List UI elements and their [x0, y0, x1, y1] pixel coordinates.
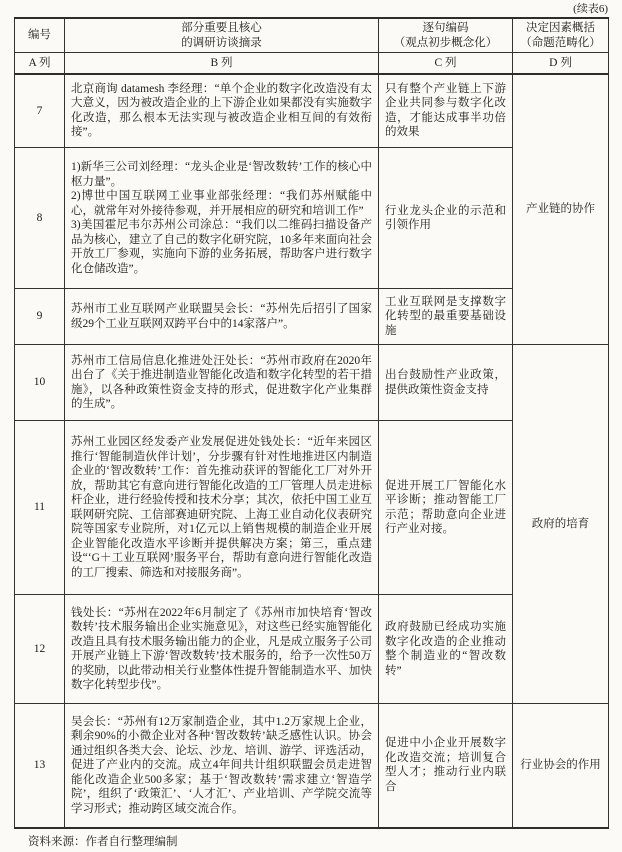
header-col-factor-line2: （命题范畴化）	[516, 36, 605, 51]
header-col-number-label: 编号	[18, 28, 61, 43]
header-letter-d: D 列	[513, 53, 609, 74]
row-number: 12	[15, 595, 65, 704]
table-row: 10 苏州市工信局信息化推进处汪处长：“苏州市政府在2020年出台了《关于推进制…	[15, 345, 609, 421]
interview-excerpt: 苏州市工信局信息化推进处汪处长：“苏州市政府在2020年出台了《关于推进制造业智…	[65, 345, 379, 421]
coding-concept: 政府鼓励已经成功实施数字化改造的企业推动整个制造业的“智改数转”	[379, 595, 513, 704]
interview-excerpt: 北京商询 datamesh 李经理：“单个企业的数字化改造没有太大意义，因为被改…	[65, 74, 379, 148]
header-col-excerpt-line1: 部分重要且核心	[68, 21, 375, 36]
header-col-factor: 决定因素概括 （命题范畴化）	[513, 18, 609, 53]
coding-table: 编号 部分重要且核心 的调研访谈摘录 逐句编码 （观点初步概念化） 决定因素概括…	[14, 17, 609, 829]
row-number: 13	[15, 704, 65, 828]
interview-excerpt: 钱处长：“苏州在2022年6月制定了《苏州市加快培育‘智改数转’技术服务输出企业…	[65, 595, 379, 704]
table-row: 13 吴会长：“苏州有12万家制造企业，其中1.2万家规上企业，剩余90%的小微…	[15, 704, 609, 828]
coding-concept: 只有整个产业链上下游企业共同参与数字化改造，才能达成事半功倍的效果	[379, 74, 513, 148]
row-number: 8	[15, 148, 65, 289]
row-number: 11	[15, 421, 65, 595]
row-number: 9	[15, 289, 65, 345]
header-row-descriptions: 编号 部分重要且核心 的调研访谈摘录 逐句编码 （观点初步概念化） 决定因素概括…	[15, 18, 609, 53]
coding-concept: 行业龙头企业的示范和引领作用	[379, 148, 513, 289]
header-col-coding: 逐句编码 （观点初步概念化）	[379, 18, 513, 53]
factor-category: 行业协会的作用	[513, 704, 609, 828]
source-note: 资料来源：作者自行整理编制	[14, 835, 608, 849]
header-letter-c: C 列	[379, 53, 513, 74]
interview-excerpt: 1)新华三公司刘经理：“龙头企业是‘智改数转’工作的核心中枢力量”。 2)博世中…	[65, 148, 379, 289]
header-col-excerpt: 部分重要且核心 的调研访谈摘录	[65, 18, 379, 53]
header-col-factor-line1: 决定因素概括	[516, 21, 605, 36]
factor-category: 产业链的协作	[513, 74, 609, 345]
header-letter-a: A 列	[15, 53, 65, 74]
table-row: 7 北京商询 datamesh 李经理：“单个企业的数字化改造没有太大意义，因为…	[15, 74, 609, 148]
header-row-letters: A 列 B 列 C 列 D 列	[15, 53, 609, 74]
table-continued-label: (续表6)	[14, 2, 608, 17]
header-letter-b: B 列	[65, 53, 379, 74]
interview-excerpt: 吴会长：“苏州有12万家制造企业，其中1.2万家规上企业，剩余90%的小微企业对…	[65, 704, 379, 828]
coding-concept: 工业互联网是支撑数字化转型的最重要基础设施	[379, 289, 513, 345]
row-number: 7	[15, 74, 65, 148]
header-col-excerpt-line2: 的调研访谈摘录	[68, 36, 375, 51]
interview-excerpt: 苏州工业园区经发委产业发展促进处钱处长：“近年来园区推行‘智能制造伙伴计划’，分…	[65, 421, 379, 595]
header-col-number: 编号	[15, 18, 65, 53]
scanned-paper-page: (续表6) 编号 部分重要且核心 的调研访谈摘录 逐句编码 （观点初步概念化） …	[0, 0, 622, 852]
coding-concept: 促进中小企业开展数字化改造交流；培训复合型人才；推动行业内联合	[379, 704, 513, 828]
factor-category: 政府的培育	[513, 345, 609, 704]
header-col-coding-line1: 逐句编码	[382, 21, 509, 36]
row-number: 10	[15, 345, 65, 421]
header-col-coding-line2: （观点初步概念化）	[382, 36, 509, 51]
coding-concept: 促进开展工厂智能化水平诊断；推动智能工厂示范；帮助意向企业进行产业对接。	[379, 421, 513, 595]
interview-excerpt: 苏州市工业互联网产业联盟吴会长：“苏州先后招引了国家级29个工业互联网双跨平台中…	[65, 289, 379, 345]
coding-concept: 出台鼓励性产业政策，提供政策性资金支持	[379, 345, 513, 421]
